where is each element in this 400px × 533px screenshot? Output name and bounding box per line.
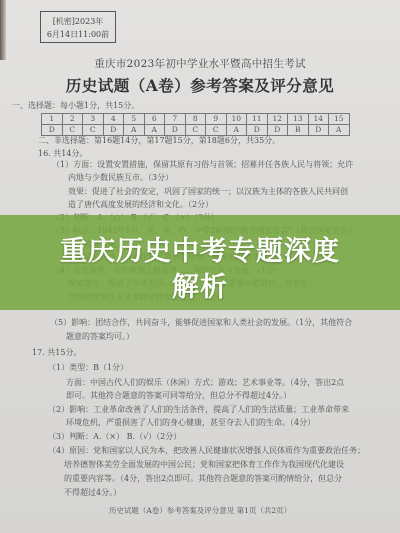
answer-cell: A — [226, 125, 247, 136]
stamp-line-1: [机密]2023年 — [41, 15, 115, 28]
exam-title: 历史试题（A卷）参考答案及评分意见 — [0, 74, 400, 96]
q17-line: （1）类型：B（1分） — [48, 363, 128, 373]
question-number: 10 — [226, 114, 247, 125]
q16-line: 内地与少数民族互市。（3分） — [68, 173, 173, 183]
q17-heading: 17. 共15分。 — [32, 348, 81, 358]
stamp-line-2: 6月14日11:00前 — [41, 28, 115, 41]
answer-cell: D — [247, 125, 268, 136]
question-number: 14 — [308, 114, 329, 125]
question-number: 1 — [42, 114, 63, 125]
answer-cell: C — [83, 125, 104, 136]
q16-line: 题意的答案均可。） — [66, 332, 134, 342]
question-number: 8 — [185, 114, 206, 125]
answer-cell: C — [206, 125, 227, 136]
question-number: 3 — [83, 114, 104, 125]
q16-line: （1）方面：设置安置措施，保留其原有习俗与首领；招募并任各族人民与将领；允许 — [52, 160, 353, 170]
photo-edge-shadow — [0, 0, 6, 60]
title-banner: 重庆历史中考专题深度 解析 — [0, 215, 400, 310]
question-number: 7 — [165, 114, 186, 125]
question-number: 5 — [124, 114, 145, 125]
q17-line: 的重要内容等。（4分，答出2点即可。其他符合题意的答案可酌情给分，但总分 — [64, 474, 342, 484]
q17-line: （2）影响：工业革命改善了人们的生活条件，提高了人们的生活质量；工业革命带来 — [48, 405, 349, 415]
q17-line: 不得超过4分。） — [64, 488, 121, 498]
answer-cell: A — [144, 125, 165, 136]
question-number: 6 — [144, 114, 165, 125]
answer-cell: D — [103, 125, 124, 136]
question-number: 9 — [206, 114, 227, 125]
question-number: 11 — [247, 114, 268, 125]
q17-line: （4）原因：党和国家以人民为本，把改善人民健康状况增强人民体质作为重要政治任务； — [48, 446, 365, 456]
answer-cell: D — [165, 125, 186, 136]
answer-cell: C — [62, 125, 83, 136]
banner-title-line-2: 解析 — [0, 265, 400, 304]
answer-table: 1 2 3 4 5 6 7 8 9 10 11 12 13 14 15 D C … — [41, 113, 350, 136]
exam-subtitle: 重庆市2023年初中学业水平暨高中招生考试 — [0, 56, 400, 71]
q16-line: 造了唐代高度发展的经济和文化。（2分） — [68, 200, 213, 210]
question-number: 2 — [62, 114, 83, 125]
answer-cell: A — [124, 125, 145, 136]
answer-cell: D — [42, 125, 63, 136]
q16-line: 效果：促进了社会的安定，巩固了国家的统一；以汉族为主体的各族人民共同创 — [68, 187, 348, 197]
section1-heading: 一、选择题：每小题1分，共15分。 — [12, 101, 139, 111]
section2-heading: 二、非选择题：第16题14分，第17题15分，第18题6分，共35分。 — [38, 136, 280, 146]
answer-cell: D — [308, 125, 329, 136]
banner-title-line-1: 重庆历史中考专题深度 — [0, 229, 400, 268]
page-footer: 历史试题（A卷）参考答案及评分意见 第1页（共2页） — [0, 505, 400, 516]
q17-line: （3）判断：A.（×） B.（√）（2分） — [48, 432, 181, 442]
q17-line: 方面：中国古代人们的娱乐（休闲）方式；游戏；艺术事业等。（4分，答出2点 — [66, 378, 344, 388]
q16-heading: 16. 共14分。 — [38, 149, 87, 159]
question-number: 4 — [103, 114, 124, 125]
question-number: 13 — [288, 114, 309, 125]
answer-cell: D — [267, 125, 288, 136]
q17-line: 培养德智体美劳全面发展的中国公民；党和国家把体育工作作为我国现代化建设 — [64, 460, 344, 470]
answer-cell: A — [329, 125, 350, 136]
answer-table-numbers-row: 1 2 3 4 5 6 7 8 9 10 11 12 13 14 15 — [42, 114, 350, 125]
q17-line: 即可。其他符合题意的答案可同等给分，但总分不得超过4分。） — [66, 391, 291, 401]
question-number: 15 — [329, 114, 350, 125]
answer-table-answers-row: D C C D A A D C C A D D B D A — [42, 125, 350, 136]
answer-cell: C — [185, 125, 206, 136]
answer-cell: B — [288, 125, 309, 136]
question-number: 12 — [267, 114, 288, 125]
q17-line: 环境危机，严重损害了人们的身心健康，甚至夺去人们的生命。（4分） — [66, 418, 315, 428]
confidential-stamp: [机密]2023年 6月14日11:00前 — [40, 11, 116, 43]
q16-line: （5）影响：团结合作，共同奋斗，能够促进国家和人类社会的发展。（1分，其他符合 — [50, 318, 352, 328]
